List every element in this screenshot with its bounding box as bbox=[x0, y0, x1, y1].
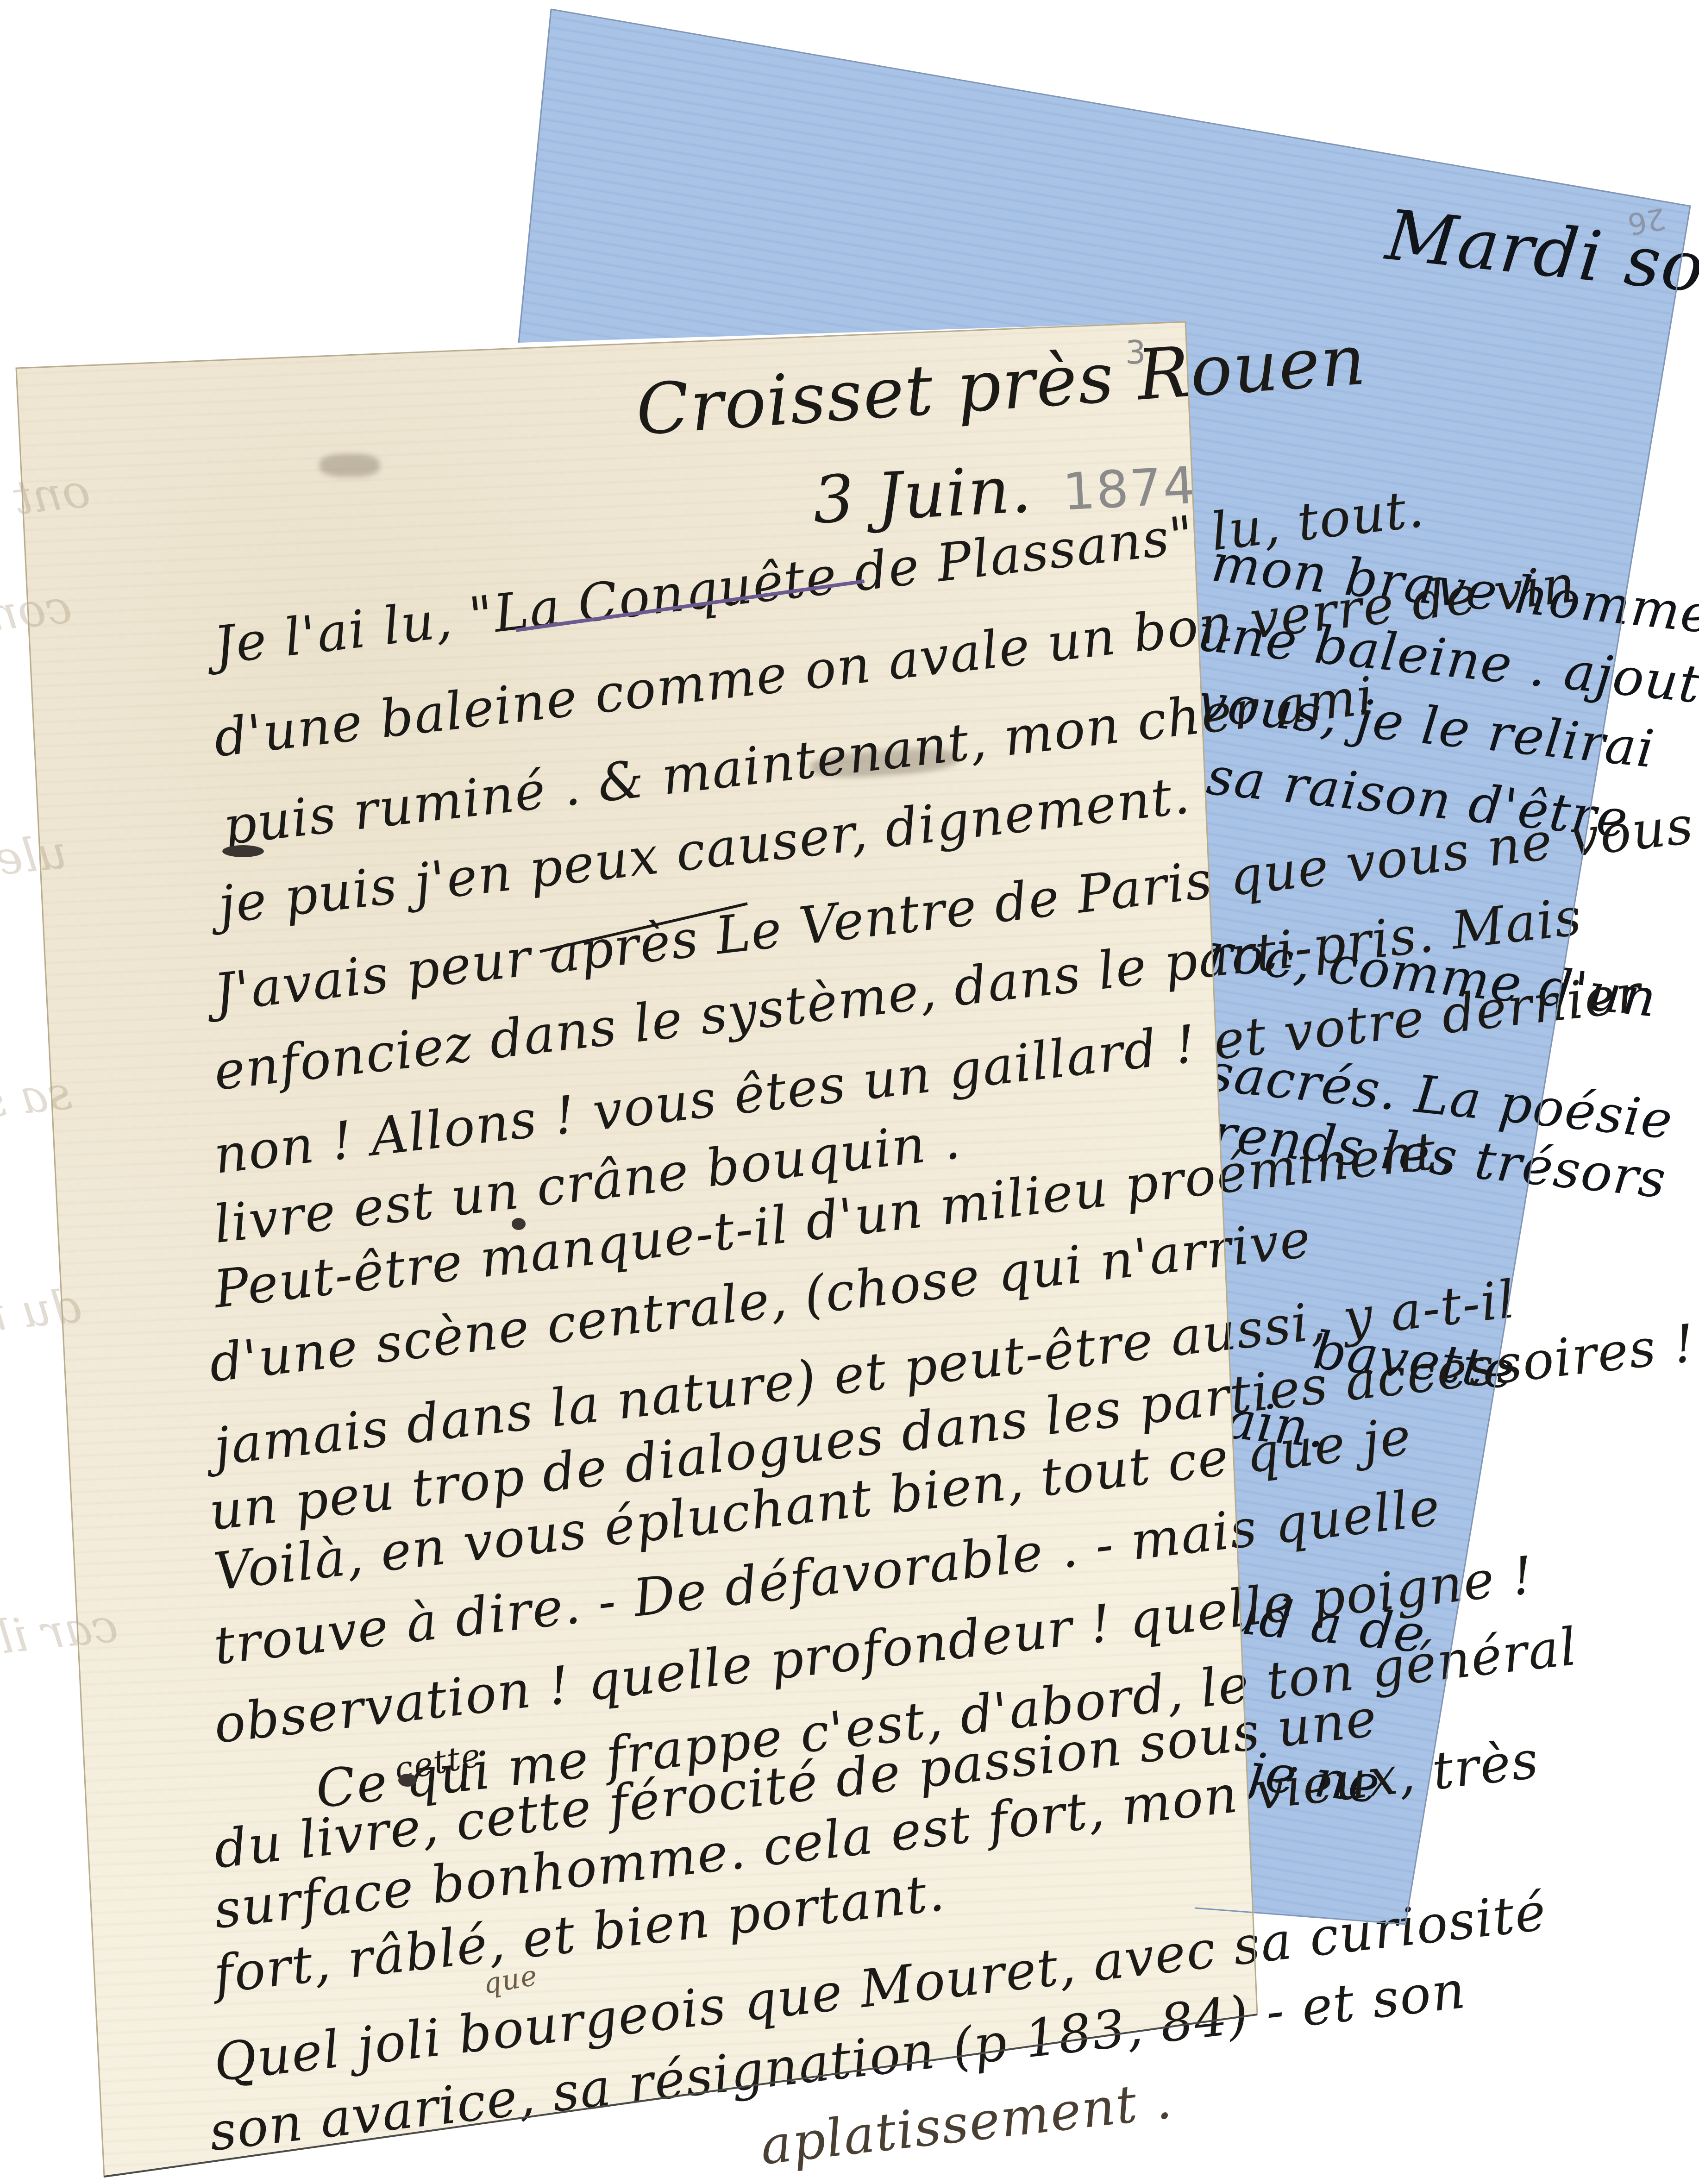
crossed-out-word bbox=[222, 845, 264, 857]
ink-smudge bbox=[320, 454, 380, 477]
date: 3 Juin. bbox=[811, 452, 1034, 539]
crossed-out-word bbox=[398, 1774, 417, 1787]
manuscript-photo: 26 Mardi soir. mon brave homme ! une bal… bbox=[0, 0, 1699, 2184]
ink-blot bbox=[512, 1218, 526, 1230]
